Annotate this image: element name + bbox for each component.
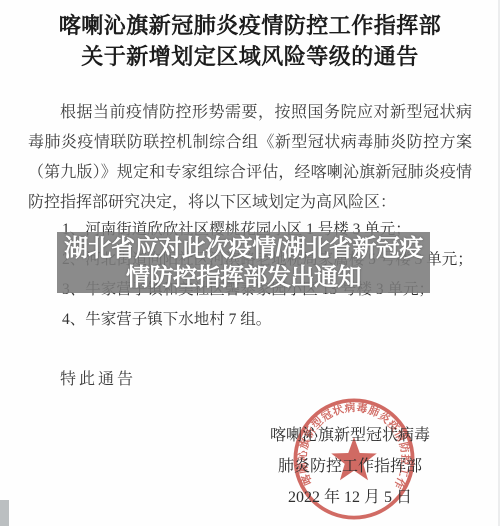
notice-body-paragraph: 根据当前疫情防控形势需要，按照国务院应对新型冠状病毒肺炎疫情联防联控机制综合组《… [28, 98, 472, 218]
notice-title: 喀喇沁旗新冠肺炎疫情防控工作指挥部 关于新增划定区域风险等级的通告 [0, 10, 500, 72]
signature-block: 喀喇沁旗新型冠状病毒 肺炎防控工作指挥部 2022 年 12 月 5 日 [255, 420, 445, 513]
overlay-caption: 湖北省应对此次疫情/湖北省新冠疫 情防控指挥部发出通知 [57, 232, 430, 293]
notice-document-page: 喀喇沁旗新冠肺炎疫情防控工作指挥部 关于新增划定区域风险等级的通告 根据当前疫情… [0, 0, 500, 526]
caption-line-1: 湖北省应对此次疫情/湖北省新冠疫 [64, 234, 423, 263]
closing-text: 特此通告 [60, 365, 136, 395]
scan-artifact-mark [0, 500, 9, 526]
title-line-1: 喀喇沁旗新冠肺炎疫情防控工作指挥部 [0, 10, 500, 41]
issuer-name-line-2: 肺炎防控工作指挥部 [255, 451, 445, 482]
title-line-2: 关于新增划定区域风险等级的通告 [0, 41, 500, 72]
risk-area-item-4: 4、牛家营子镇下水地村 7 组。 [62, 305, 492, 335]
issuer-name-line-1: 喀喇沁旗新型冠状病毒 [255, 420, 445, 451]
issue-date: 2022 年 12 月 5 日 [255, 482, 445, 513]
caption-line-2: 情防控指挥部发出通知 [126, 263, 361, 292]
